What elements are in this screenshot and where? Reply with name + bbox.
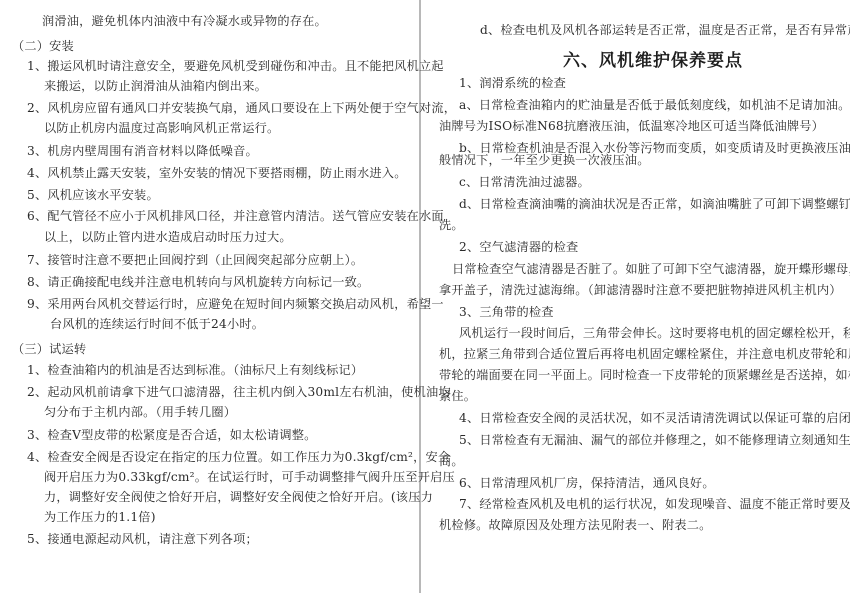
list-item: 2、起动风机前请拿下进气口滤清器，往主机内倒入30ml左右机油，使机油均 [27, 384, 451, 401]
paragraph-line: 风机运行一段时间后，三角带会伸长。这时要将电机的固定螺栓松开，移动电 [459, 325, 850, 342]
list-item-cont: 以防止机房内温度过高影响风机正常运行。 [44, 120, 279, 137]
paragraph-line: 5、日常检查有无漏油、漏气的部位并修理之，如不能修理请立刻通知生产厂 [459, 432, 850, 449]
section-heading-install: （二）安装 [12, 38, 74, 55]
paragraph-line: 日常检查空气滤清器是否脏了。如脏了可卸下空气滤清器，旋开蝶形螺母， [452, 261, 850, 278]
list-item: 4、风机禁止露天安装，室外安装的情况下要搭雨棚，防止雨水进入。 [27, 165, 407, 182]
section-heading-trial: （三）试运转 [12, 341, 86, 358]
section-heading-6: 六、风机维护保养要点 [563, 46, 743, 71]
list-item-cont: 为工作压力的1.1倍) [44, 509, 156, 526]
list-item: 5、风机应该水平安装。 [27, 187, 159, 204]
list-item-cont: 匀分布于主机内部。（用手转几圈） [44, 404, 236, 421]
paragraph-line: 油牌号为ISO标准N68抗磨液压油，低温寒冷地区可适当降低油牌号） [439, 118, 824, 135]
list-item: 1、检查油箱内的机油是否达到标准。（油标尺上有刻线标记） [27, 362, 363, 379]
list-item: 2、风机房应留有通风口并安装换气扇，通风口要设在上下两处便于空气对流， [27, 100, 456, 117]
list-item: d、检查电机及风机各部运转是否正常，温度是否正常，是否有异常声音。 [480, 22, 850, 39]
list-item: 4、检查安全阀是否设定在指定的压力位置。如工作压力为0.3kgf/cm²，安全 [27, 449, 450, 466]
left-page: 润滑油，避免机体内油液中有冷凝水或异物的存在。 （二）安装 1、搬运风机时请注意… [0, 0, 420, 593]
list-item-cont: 力，调整好安全阀使之恰好开启，调整好安全阀使之恰好开启。(该压力 [44, 489, 433, 506]
list-item: 6、配气管径不应小于风机排风口径，并注意管内清洁。送气管应安装在水面 [27, 208, 444, 225]
paragraph-line: 4、日常检查安全阀的灵活状况，如不灵活请清洗调试以保证可靠的启闭。 [459, 410, 850, 427]
list-item: 5、接通电源起动风机，请注意下列各项； [27, 531, 258, 548]
list-item: 7、接管时注意不要把止回阀拧到（止回阀突起部分应朝上）。 [27, 252, 363, 269]
list-item-cont: 台风机的连续运行时间不低于24小时。 [50, 316, 264, 333]
paragraph-line: 机，拉紧三角带到合适位置后再将电机固定螺栓紧住，并注意电机皮带轮和风机皮 [439, 346, 850, 363]
paragraph-line: 带轮的端面要在同一平面上。同时检查一下皮带轮的顶紧螺丝是否送掉，如松了请 [439, 367, 850, 384]
list-item: 3、检查V型皮带的松紧度是否合适，如太松请调整。 [27, 427, 316, 444]
paragraph-line: c、日常清洗油过滤器。 [459, 174, 590, 191]
right-page: d、检查电机及风机各部运转是否正常，温度是否正常，是否有异常声音。 六、风机维护… [422, 0, 850, 593]
paragraph-line: 紧住。 [439, 388, 476, 405]
list-item: 9、采用两台风机交替运行时，应避免在短时间内频繁交换启动风机，希望一 [27, 296, 444, 313]
paragraph-line: a、日常检查油箱内的贮油量是否低于最低刻度线，如机油不足请加油。（机 [459, 97, 850, 114]
list-item: 1、搬运风机时请注意安全，要避免风机受到碰伤和冲击。且不能把风机立起 [27, 58, 444, 75]
subheading: 3、三角带的检查 [459, 304, 554, 321]
paragraph-line: 拿开盖子，清洗过滤海绵。（卸滤清器时注意不要把脏物掉进风机主机内） [439, 282, 842, 299]
paragraph-line: 机检修。故障原因及处理方法见附表一、附表二。 [439, 517, 712, 534]
list-item-cont: 以上，以防止管内进水造成启动时压力过大。 [44, 229, 292, 246]
paragraph-line: 6、日常清理风机厂房，保持清洁，通风良好。 [459, 475, 715, 492]
paragraph-line: 商。 [439, 453, 464, 470]
paragraph-line: 润滑油，避免机体内油液中有冷凝水或异物的存在。 [42, 13, 327, 30]
paragraph-line: 洗。 [439, 217, 464, 234]
list-item-cont: 阀开启压力为0.33kgf/cm²。在试运行时，可手动调整排气阀升压至开启压 [44, 469, 455, 486]
paragraph-line: d、日常检查滴油嘴的滴油状况是否正常，如滴油嘴脏了可卸下调整螺钉清 [459, 196, 850, 213]
subheading: 1、润滑系统的检查 [459, 75, 566, 92]
list-item-cont: 来搬运，以防止润滑油从油箱内倒出来。 [44, 78, 267, 95]
paragraph-line: 般情况下，一年至少更换一次液压油。 [439, 152, 650, 169]
list-item: 3、机房内壁周围有消音材料以降低噪音。 [27, 143, 258, 160]
paragraph-line: 7、经常检查风机及电机的运行状况，如发现噪音、温度不能正常时要及时停 [459, 496, 850, 513]
list-item: 8、请正确接配电线并注意电机转向与风机旋转方向标记一致。 [27, 274, 369, 291]
subheading: 2、空气滤清器的检查 [459, 239, 578, 256]
